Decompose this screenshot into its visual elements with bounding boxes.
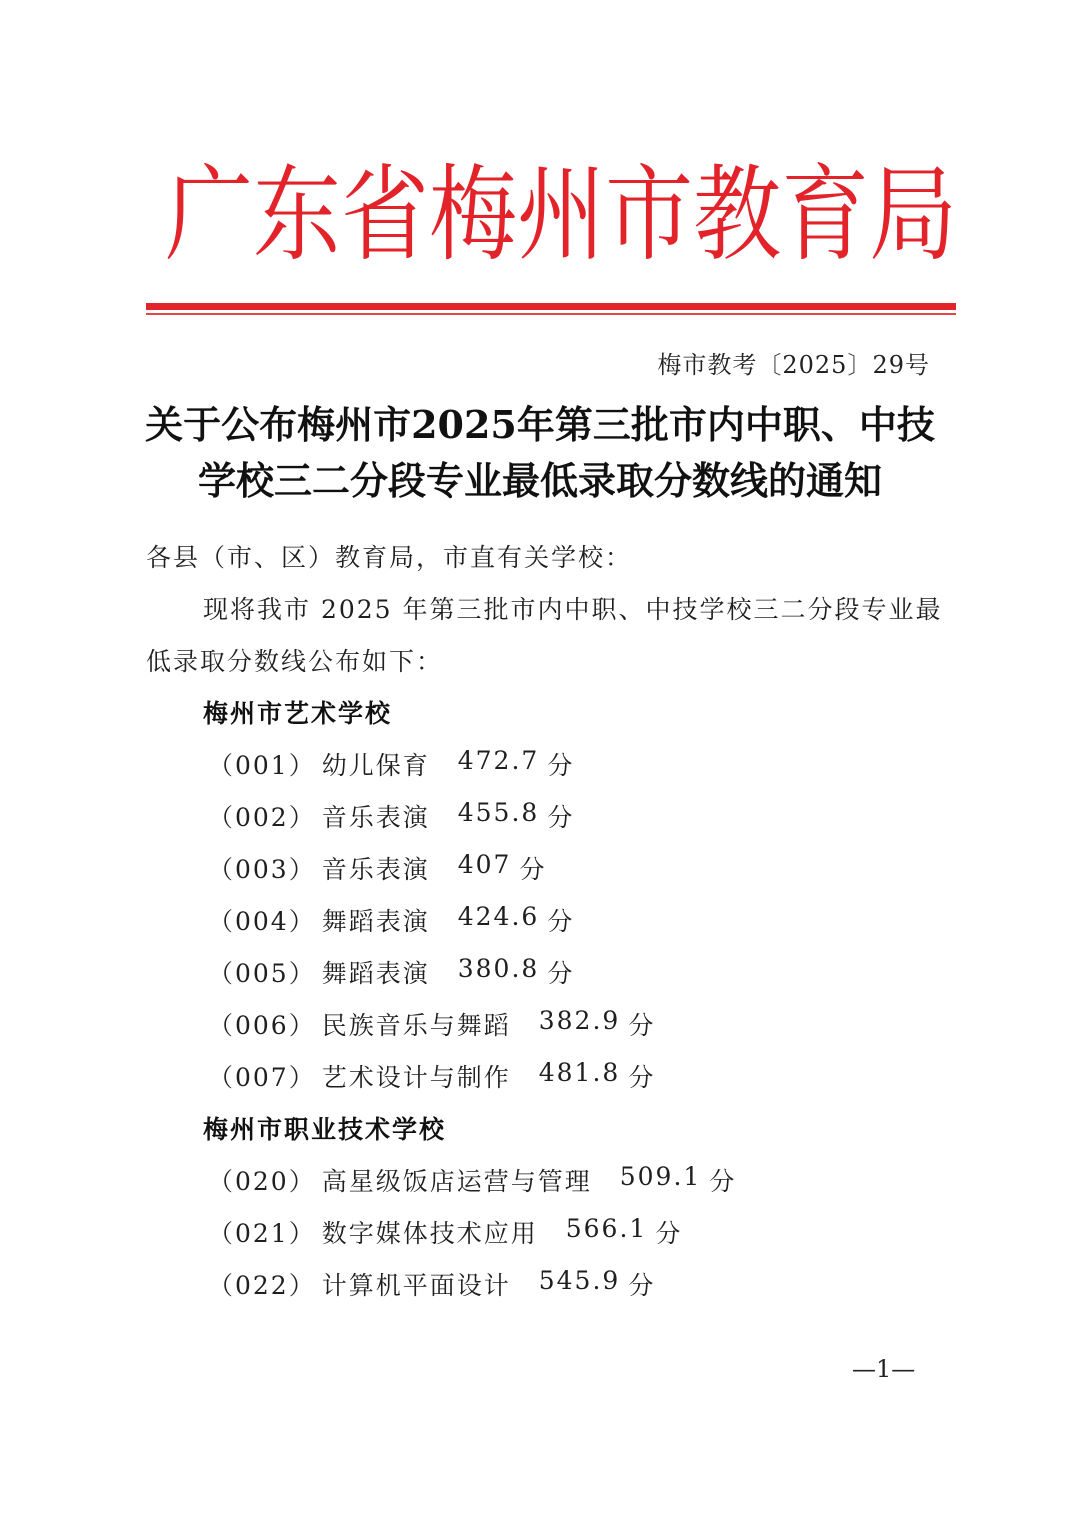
major-item: （006） 民族音乐与舞蹈 382.9 分 <box>208 1006 655 1042</box>
notice-title-line-1: 关于公布梅州市2025年第三批市内中职、中技 <box>0 394 1080 449</box>
notice-title-line-2: 学校三二分段专业最低录取分数线的通知 <box>0 450 1080 505</box>
major-name: 民族音乐与舞蹈 <box>322 1006 511 1042</box>
major-code: （004） <box>208 902 316 938</box>
masthead-char: 省 <box>341 163 429 267</box>
major-code: （020） <box>208 1162 316 1198</box>
major-code: （022） <box>208 1266 316 1302</box>
major-name: 舞蹈表演 <box>322 954 430 990</box>
document-number: 梅市教考〔2025〕29号 <box>657 345 930 380</box>
major-score: 407 <box>458 850 512 886</box>
major-item: （004） 舞蹈表演 424.6 分 <box>208 902 574 938</box>
masthead-char: 教 <box>693 163 781 267</box>
issuer-masthead: 广 东 省 梅 州 市 教 育 局 <box>165 160 925 270</box>
major-item: （007） 艺术设计与制作 481.8 分 <box>208 1058 655 1094</box>
major-item: （020） 高星级饭店运营与管理 509.1 分 <box>208 1162 736 1198</box>
major-name: 计算机平面设计 <box>322 1266 511 1302</box>
masthead-char: 育 <box>781 163 869 267</box>
score-unit: 分 <box>547 798 574 834</box>
major-score: 455.8 <box>458 798 540 834</box>
major-code: （006） <box>208 1006 316 1042</box>
score-unit: 分 <box>655 1214 682 1250</box>
major-name: 艺术设计与制作 <box>322 1058 511 1094</box>
score-unit: 分 <box>547 902 574 938</box>
major-score: 380.8 <box>458 954 540 990</box>
major-item: （005） 舞蹈表演 380.8 分 <box>208 954 574 990</box>
major-item: （021） 数字媒体技术应用 566.1 分 <box>208 1214 682 1250</box>
major-score: 545.9 <box>539 1266 621 1302</box>
intro-line-1: 现将我市 2025 年第三批市内中职、中技学校三二分段专业最 <box>203 590 943 626</box>
major-name: 数字媒体技术应用 <box>322 1214 538 1250</box>
score-unit: 分 <box>628 1006 655 1042</box>
major-item: （002） 音乐表演 455.8 分 <box>208 798 574 834</box>
masthead-char: 梅 <box>429 163 517 267</box>
major-score: 509.1 <box>620 1162 702 1198</box>
major-score: 382.9 <box>539 1006 621 1042</box>
salutation: 各县（市、区）教育局，市直有关学校： <box>146 538 632 574</box>
score-unit: 分 <box>519 850 546 886</box>
major-item: （022） 计算机平面设计 545.9 分 <box>208 1266 655 1302</box>
masthead-char: 广 <box>165 163 253 267</box>
major-code: （021） <box>208 1214 316 1250</box>
page-number: —1— <box>852 1355 915 1383</box>
major-code: （002） <box>208 798 316 834</box>
major-name: 音乐表演 <box>322 850 430 886</box>
document-page: 广 东 省 梅 州 市 教 育 局 梅市教考〔2025〕29号 关于公布梅州市2… <box>0 0 1080 1526</box>
major-score: 481.8 <box>539 1058 621 1094</box>
school-heading-art: 梅州市艺术学校 <box>203 694 392 730</box>
major-code: （005） <box>208 954 316 990</box>
major-code: （007） <box>208 1058 316 1094</box>
major-score: 424.6 <box>458 902 540 938</box>
major-score: 472.7 <box>458 746 540 782</box>
school-heading-vocational: 梅州市职业技术学校 <box>203 1110 446 1146</box>
masthead-char: 市 <box>605 163 693 267</box>
score-unit: 分 <box>547 746 574 782</box>
major-code: （001） <box>208 746 316 782</box>
major-name: 幼儿保育 <box>322 746 430 782</box>
major-item: （003） 音乐表演 407 分 <box>208 850 546 886</box>
major-score: 566.1 <box>566 1214 648 1250</box>
major-name: 音乐表演 <box>322 798 430 834</box>
score-unit: 分 <box>709 1162 736 1198</box>
masthead-char: 东 <box>253 163 341 267</box>
score-unit: 分 <box>628 1058 655 1094</box>
major-name: 舞蹈表演 <box>322 902 430 938</box>
red-divider-thin <box>146 313 956 315</box>
masthead-char: 州 <box>517 163 605 267</box>
major-name: 高星级饭店运营与管理 <box>322 1162 592 1198</box>
intro-line-2: 低录取分数线公布如下： <box>146 642 443 678</box>
score-unit: 分 <box>628 1266 655 1302</box>
major-code: （003） <box>208 850 316 886</box>
masthead-char: 局 <box>869 163 957 267</box>
major-item: （001） 幼儿保育 472.7 分 <box>208 746 574 782</box>
red-divider-thick <box>146 303 956 310</box>
score-unit: 分 <box>547 954 574 990</box>
